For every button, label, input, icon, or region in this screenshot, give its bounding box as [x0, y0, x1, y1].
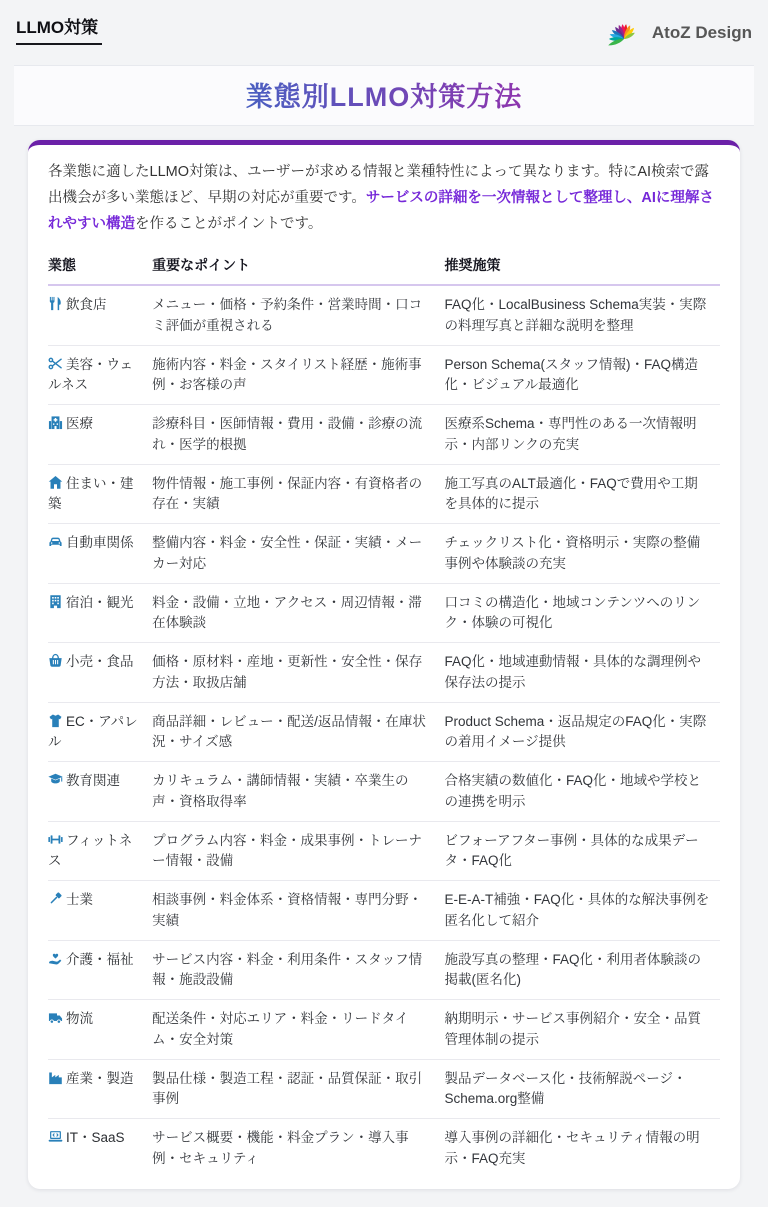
points-cell: メニュー・価格・予約条件・営業時間・口コミ評価が重視される [152, 285, 444, 345]
table-row: 自動車関係 整備内容・料金・安全性・保証・実績・メーカー対応 チェックリスト化・… [48, 524, 720, 584]
logo[interactable]: AtoZ Design [603, 13, 752, 53]
tshirt-icon [48, 713, 63, 728]
industry-cell: 美容・ウェルネス [48, 345, 152, 405]
table-row: 住まい・建築 物件情報・施工事例・保証内容・有資格者の存在・実績 施工写真のAL… [48, 464, 720, 524]
utensils-icon [48, 296, 63, 311]
car-icon [48, 534, 63, 549]
table-header-row: 業態 重要なポイント 推奨施策 [48, 250, 720, 285]
points-cell: 商品詳細・レビュー・配送/返品情報・在庫状況・サイズ感 [152, 702, 444, 762]
points-cell: 配送条件・対応エリア・料金・リードタイム・安全対策 [152, 1000, 444, 1060]
measures-cell: 納期明示・サービス事例紹介・安全・品質管理体制の提示 [444, 1000, 720, 1060]
title-band: 業態別LLMO対策方法 [14, 65, 754, 126]
points-cell: 価格・原材料・産地・更新性・安全性・保存方法・取扱店舗 [152, 643, 444, 703]
industry-cell: 教育関連 [48, 762, 152, 822]
points-cell: 整備内容・料金・安全性・保証・実績・メーカー対応 [152, 524, 444, 584]
industry-label: 宿泊・観光 [66, 595, 134, 610]
gavel-icon [48, 891, 63, 906]
industry-cell: フィットネス [48, 821, 152, 881]
house-icon [48, 475, 63, 490]
content-card: 各業態に適したLLMO対策は、ユーザーが求める情報と業種特性によって異なります。… [28, 140, 740, 1189]
dumbbell-icon [48, 832, 63, 847]
industry-cell: 物流 [48, 1000, 152, 1060]
industry-cell: 住まい・建築 [48, 464, 152, 524]
factory-icon [48, 1070, 63, 1085]
laptop-code-icon [48, 1129, 63, 1144]
industry-label: 自動車関係 [66, 535, 134, 550]
points-cell: カリキュラム・講師情報・実績・卒業生の声・資格取得率 [152, 762, 444, 822]
site-title-link[interactable]: LLMO対策 [16, 13, 102, 45]
table-row: 産業・製造 製品仕様・製造工程・認証・品質保証・取引事例 製品データベース化・技… [48, 1059, 720, 1119]
hotel-icon [48, 594, 63, 609]
points-cell: 物件情報・施工事例・保証内容・有資格者の存在・実績 [152, 464, 444, 524]
measures-cell: Product Schema・返品規定のFAQ化・実際の着用イメージ提供 [444, 702, 720, 762]
measures-cell: FAQ化・LocalBusiness Schema実装・実際の料理写真と詳細な説… [444, 285, 720, 345]
industry-label: 介護・福祉 [66, 952, 134, 967]
industry-cell: 士業 [48, 881, 152, 941]
industry-cell: 宿泊・観光 [48, 583, 152, 643]
points-cell: 診療科目・医師情報・費用・設備・診療の流れ・医学的根拠 [152, 405, 444, 465]
table-row: 美容・ウェルネス 施術内容・料金・スタイリスト経歴・施術事例・お客様の声 Per… [48, 345, 720, 405]
industry-cell: 自動車関係 [48, 524, 152, 584]
industry-cell: IT・SaaS [48, 1119, 152, 1173]
table-row: 小売・食品 価格・原材料・産地・更新性・安全性・保存方法・取扱店舗 FAQ化・地… [48, 643, 720, 703]
industry-label: IT・SaaS [66, 1130, 125, 1145]
page: LLMO対策 [0, 0, 768, 1189]
table-row: フィットネス プログラム内容・料金・成果事例・トレーナー情報・設備 ビフォーアフ… [48, 821, 720, 881]
measures-cell: チェックリスト化・資格明示・実際の整備事例や体験談の充実 [444, 524, 720, 584]
industry-label: 産業・製造 [66, 1071, 134, 1086]
industry-cell: 産業・製造 [48, 1059, 152, 1119]
industry-cell: 介護・福祉 [48, 940, 152, 1000]
table-row: 物流 配送条件・対応エリア・料金・リードタイム・安全対策 納期明示・サービス事例… [48, 1000, 720, 1060]
table-row: 介護・福祉 サービス内容・料金・利用条件・スタッフ情報・施設設備 施設写真の整理… [48, 940, 720, 1000]
top-bar: LLMO対策 [0, 0, 768, 53]
table-row: EC・アパレル 商品詳細・レビュー・配送/返品情報・在庫状況・サイズ感 Prod… [48, 702, 720, 762]
logo-text: AtoZ Design [652, 23, 752, 43]
industry-label: 小売・食品 [66, 654, 134, 669]
industry-table: 業態 重要なポイント 推奨施策 飲食店 メニュー・価格・予約条件・営業時間・口コ… [48, 250, 720, 1173]
points-cell: サービス概要・機能・料金プラン・導入事例・セキュリティ [152, 1119, 444, 1173]
intro-text-after: を作ることがポイントです。 [135, 216, 322, 232]
page-title: 業態別LLMO対策方法 [246, 75, 522, 114]
intro-paragraph: 各業態に適したLLMO対策は、ユーザーが求める情報と業種特性によって異なります。… [48, 160, 720, 237]
points-cell: 施術内容・料金・スタイリスト経歴・施術事例・お客様の声 [152, 345, 444, 405]
hand-heart-icon [48, 951, 63, 966]
points-cell: 相談事例・料金体系・資格情報・専門分野・実績 [152, 881, 444, 941]
graduation-cap-icon [48, 772, 63, 787]
industry-cell: 小売・食品 [48, 643, 152, 703]
col-header-points: 重要なポイント [152, 250, 444, 285]
points-cell: サービス内容・料金・利用条件・スタッフ情報・施設設備 [152, 940, 444, 1000]
col-header-industry: 業態 [48, 250, 152, 285]
measures-cell: 合格実績の数値化・FAQ化・地域や学校との連携を明示 [444, 762, 720, 822]
measures-cell: FAQ化・地域連動情報・具体的な調理例や保存法の提示 [444, 643, 720, 703]
basket-icon [48, 653, 63, 668]
measures-cell: 医療系Schema・専門性のある一次情報明示・内部リンクの充実 [444, 405, 720, 465]
measures-cell: 施設写真の整理・FAQ化・利用者体験談の掲載(匿名化) [444, 940, 720, 1000]
table-row: IT・SaaS サービス概要・機能・料金プラン・導入事例・セキュリティ 導入事例… [48, 1119, 720, 1173]
measures-cell: 製品データベース化・技術解説ページ・Schema.org整備 [444, 1059, 720, 1119]
hospital-icon [48, 415, 63, 430]
measures-cell: 施工写真のALT最適化・FAQで費用や工期を具体的に提示 [444, 464, 720, 524]
table-row: 教育関連 カリキュラム・講師情報・実績・卒業生の声・資格取得率 合格実績の数値化… [48, 762, 720, 822]
measures-cell: Person Schema(スタッフ情報)・FAQ構造化・ビジュアル最適化 [444, 345, 720, 405]
industry-cell: 医療 [48, 405, 152, 465]
industry-label: 医療 [66, 416, 93, 431]
table-row: 士業 相談事例・料金体系・資格情報・専門分野・実績 E-E-A-T補強・FAQ化… [48, 881, 720, 941]
industry-label: 教育関連 [66, 773, 120, 788]
table-row: 飲食店 メニュー・価格・予約条件・営業時間・口コミ評価が重視される FAQ化・L… [48, 285, 720, 345]
industry-label: 飲食店 [66, 297, 107, 312]
table-row: 宿泊・観光 料金・設備・立地・アクセス・周辺情報・滞在体験談 口コミの構造化・地… [48, 583, 720, 643]
points-cell: 料金・設備・立地・アクセス・周辺情報・滞在体験談 [152, 583, 444, 643]
points-cell: プログラム内容・料金・成果事例・トレーナー情報・設備 [152, 821, 444, 881]
industry-label: 物流 [66, 1011, 93, 1026]
points-cell: 製品仕様・製造工程・認証・品質保証・取引事例 [152, 1059, 444, 1119]
measures-cell: E-E-A-T補強・FAQ化・具体的な解決事例を匿名化して紹介 [444, 881, 720, 941]
industry-cell: EC・アパレル [48, 702, 152, 762]
industry-cell: 飲食店 [48, 285, 152, 345]
measures-cell: 口コミの構造化・地域コンテンツへのリンク・体験の可視化 [444, 583, 720, 643]
scissors-icon [48, 356, 63, 371]
measures-cell: ビフォーアフター事例・具体的な成果データ・FAQ化 [444, 821, 720, 881]
industry-label: 士業 [66, 892, 93, 907]
table-row: 医療 診療科目・医師情報・費用・設備・診療の流れ・医学的根拠 医療系Schema… [48, 405, 720, 465]
truck-icon [48, 1010, 63, 1025]
rainbow-fan-logo-icon [603, 13, 647, 53]
col-header-measures: 推奨施策 [444, 250, 720, 285]
measures-cell: 導入事例の詳細化・セキュリティ情報の明示・FAQ充実 [444, 1119, 720, 1173]
